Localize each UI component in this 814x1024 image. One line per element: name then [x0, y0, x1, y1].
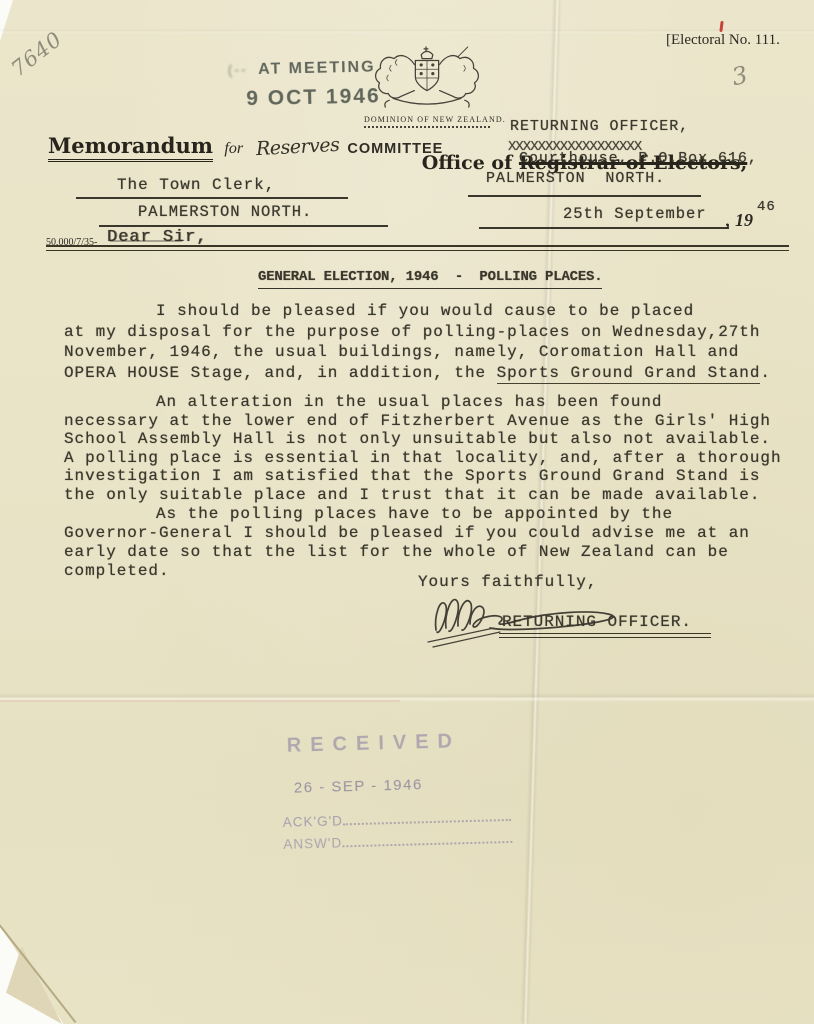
ackd-dotted-line	[343, 807, 511, 825]
body-line: at my disposal for the purpose of pollin…	[64, 322, 788, 343]
stamp-at-meeting: AT MEETING	[258, 59, 376, 78]
address-city: PALMERSTON NORTH.	[486, 170, 665, 187]
electoral-number: [Electoral No. 111.	[666, 32, 780, 49]
memorandum-line: Memorandum for Reserves COMMITTEE	[48, 133, 443, 158]
salutation-overstrike	[110, 240, 182, 242]
answd-label: ANSW'D	[283, 835, 342, 852]
stamp-date: 9 OCT 1946	[246, 84, 381, 111]
body-line: An alteration in the usual places has be…	[64, 393, 788, 412]
body-line: necessary at the lower end of Fitzherber…	[64, 412, 788, 431]
body-line: the only suitable place and I trust that…	[64, 486, 788, 505]
crest-caption: DOMINION OF NEW ZEALAND.	[364, 115, 490, 128]
for-word: for	[224, 140, 243, 157]
body-line: I should be pleased if you would cause t…	[64, 301, 788, 322]
body-line: As the polling places have to be appoint…	[64, 505, 788, 524]
underlined-phrase: Sports Ground Grand Stand	[497, 364, 761, 384]
recipient-name: The Town Clerk,	[117, 176, 275, 194]
recipient-underline-1	[76, 197, 348, 199]
date-underline	[479, 227, 729, 229]
scanned-letter-page: 7640 3 [Electoral No. 111. (-- AT MEETIN…	[0, 0, 814, 1024]
body-line: Governor-General I should be pleased if …	[64, 524, 788, 543]
body-line-prefix: OPERA HOUSE Stage, and, in addition, the	[64, 364, 497, 382]
memorandum-word: Memorandum	[48, 133, 213, 162]
answd-dotted-line	[342, 829, 512, 847]
typed-office-title: RETURNING OFFICER,	[510, 118, 689, 135]
received-title: RECEIVED	[286, 729, 509, 758]
signed-title-underline	[499, 633, 711, 638]
nz-coat-of-arms: DOMINION OF NEW ZEALAND.	[364, 46, 496, 128]
signed-title: RETURNING OFFICER.	[502, 613, 692, 631]
full-width-double-rule	[46, 245, 789, 251]
body-line: early date so that the list for the whol…	[64, 543, 788, 562]
body-line-suffix: .	[760, 364, 771, 382]
recipient-underline-2	[99, 225, 388, 227]
handwritten-committee-name: Reserves	[255, 134, 339, 160]
printed-year-prefix: , 19	[726, 210, 753, 231]
body-paragraph-1: I should be pleased if you would cause t…	[64, 301, 788, 383]
typed-year-suffix: 46	[757, 199, 776, 215]
body-line: School Assembly Hall is not only unsuita…	[64, 430, 788, 449]
received-stamp: RECEIVED 26 - SEP - 1946 ACK'G'D ANSW'D	[274, 729, 512, 854]
sender-underline	[468, 195, 701, 197]
body-line: A polling place is essential in that loc…	[64, 449, 788, 468]
recipient-city: PALMERSTON NORTH.	[138, 203, 312, 221]
meeting-date-stamp: (-- AT MEETING 9 OCT 1946	[227, 58, 380, 111]
body-line: OPERA HOUSE Stage, and, in addition, the…	[64, 363, 788, 384]
received-date: 26 - SEP - 1946	[294, 774, 511, 797]
ackd-label: ACK'G'D	[283, 813, 344, 830]
typed-date: 25th September	[563, 205, 707, 223]
body-paragraph-3: As the polling places have to be appoint…	[64, 505, 788, 581]
stamp-obscured-mark: (--	[227, 61, 247, 77]
coat-of-arms-icon	[364, 46, 490, 110]
subject-heading: GENERAL ELECTION, 1946 - POLLING PLACES.	[258, 269, 602, 289]
address-courthouse: Courthouse, P.O.Box 616,	[519, 150, 758, 167]
body-paragraph-2: An alteration in the usual places has be…	[64, 393, 788, 505]
body-line: investigation I am satisfied that the Sp…	[64, 467, 788, 486]
body-line: November, 1946, the usual buildings, nam…	[64, 342, 788, 363]
